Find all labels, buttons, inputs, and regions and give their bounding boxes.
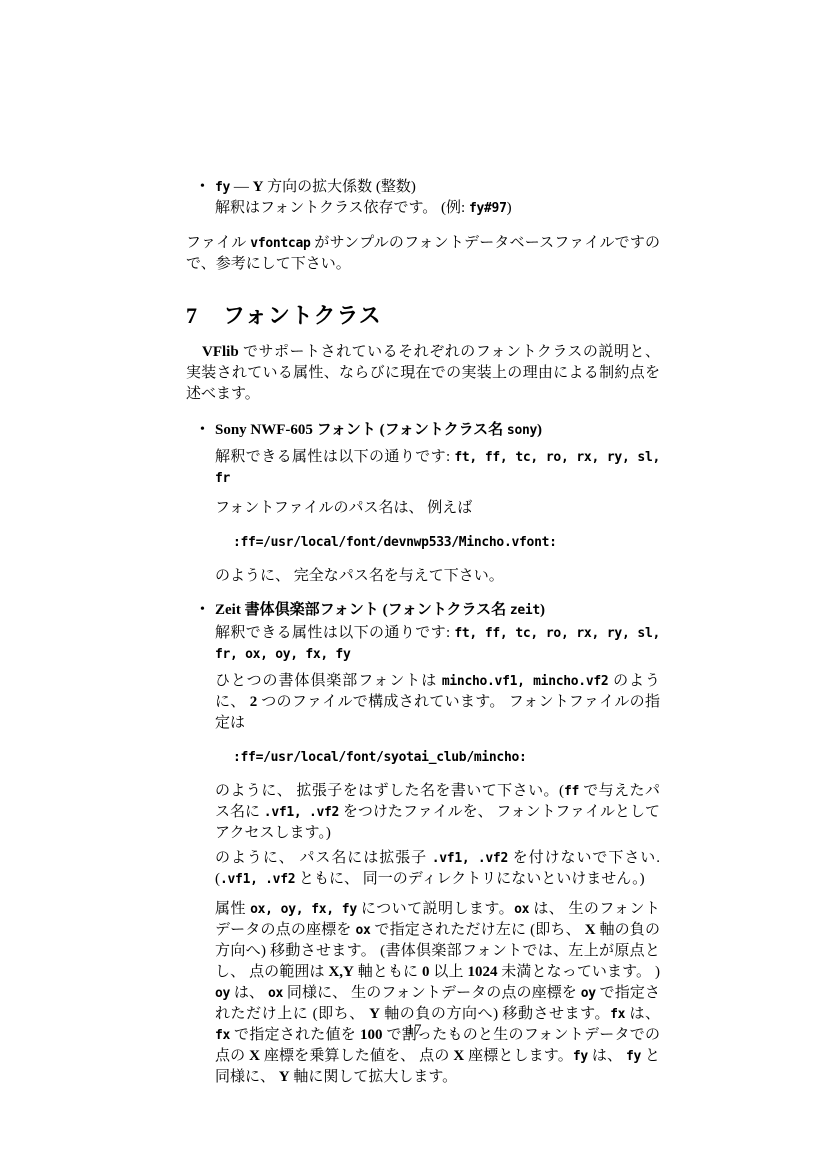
zeit-font-path-code: :ff=/usr/local/font/syotai_club/mincho: <box>233 747 660 768</box>
fy-item-description: 解釈はフォントクラス依存です。 (例: fy#97) <box>215 198 660 219</box>
bullet-icon: • <box>200 176 205 197</box>
bullet-icon: • <box>200 419 205 440</box>
zeit-attributes: 解釈できる属性は以下の通りです: ft, ff, tc, ro, rx, ry,… <box>215 623 660 665</box>
sony-path-intro: フォントファイルのパス名は、 例えば <box>215 498 660 519</box>
bullet-icon: • <box>200 599 205 620</box>
section-heading: 7フォントクラス <box>186 301 660 331</box>
intro-paragraph: VFlib でサポートされているそれぞれのフォントクラスの説明と、実装されている… <box>186 342 660 405</box>
list-item-zeit: • Zeit 書体倶楽部フォント (フォントクラス名 zeit) 解釈できる属性… <box>186 600 660 1088</box>
list-item-sony: • Sony NWF-605 フォント (フォントクラス名 sony) 解釈でき… <box>186 420 660 587</box>
section-title: フォントクラス <box>223 303 382 328</box>
zeit-extension-paragraph-2: のように、 パス名には拡張子 .vf1, .vf2 を付けないで下さい. (.v… <box>215 848 660 890</box>
zeit-item-title: Zeit 書体倶楽部フォント (フォントクラス名 zeit) <box>215 600 660 621</box>
zeit-extension-paragraph-1: のように、 拡張子をはずした名を書いて下さい。(ff で与えたパス名に .vf1… <box>215 781 660 844</box>
document-body: • fy — Y 方向の拡大係数 (整数) 解釈はフォントクラス依存です。 (例… <box>186 177 660 1088</box>
sony-path-outro: のように、 完全なパス名を与えて下さい。 <box>215 566 660 587</box>
zeit-compose-paragraph: ひとつの書体倶楽部フォントは mincho.vf1, mincho.vf2 のよ… <box>215 671 660 734</box>
sony-item-title: Sony NWF-605 フォント (フォントクラス名 sony) <box>215 420 660 441</box>
page-number: 17 <box>0 1022 828 1039</box>
sony-font-path-code: :ff=/usr/local/font/devnwp533/Mincho.vfo… <box>233 532 660 553</box>
sony-attributes: 解釈できる属性は以下の通りです: ft, ff, tc, ro, rx, ry,… <box>215 447 660 489</box>
vfontcap-paragraph: ファイル vfontcap がサンプルのフォントデータベースファイルですので、参… <box>186 233 660 275</box>
zeit-attribute-note: 属性 ox, oy, fx, fy について説明します。ox は、 生のフォント… <box>215 899 660 1088</box>
fy-item-title: fy — Y 方向の拡大係数 (整数) <box>215 177 660 198</box>
list-item-fy: • fy — Y 方向の拡大係数 (整数) 解釈はフォントクラス依存です。 (例… <box>186 177 660 219</box>
section-number: 7 <box>186 303 197 328</box>
